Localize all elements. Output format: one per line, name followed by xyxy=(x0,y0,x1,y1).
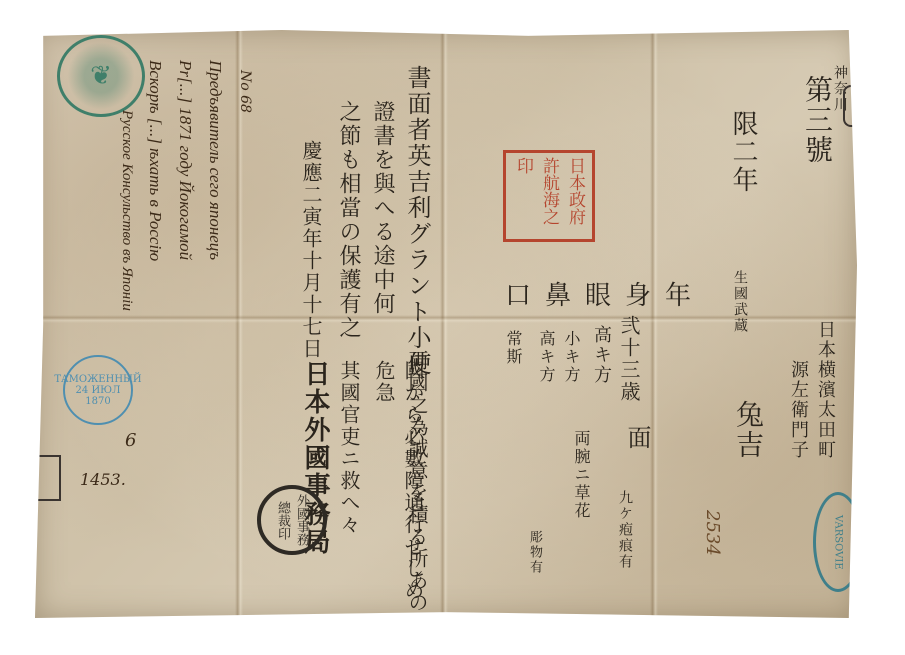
small-square-stamp xyxy=(35,455,61,501)
address: 日本横濱太田町 xyxy=(812,320,838,460)
marks-value: 九ケ疱痕有 xyxy=(615,490,635,570)
stamp-date: 24 ИЮЛ 1870 xyxy=(65,385,131,407)
seal-text: 日本政府許航海之印 xyxy=(510,157,588,241)
seal-text: 外國事務總裁印 xyxy=(273,489,311,551)
passport-text-line: 其國官吏ニ救へ々 xyxy=(335,360,364,536)
passport-text-line: 證書を與へる途中何 xyxy=(367,100,398,316)
eyes-value: 小キ方 xyxy=(560,330,583,384)
fold-line xyxy=(650,30,658,618)
foreign-affairs-round-seal: 外國事務總裁印 xyxy=(257,485,327,555)
russian-script-line: Pr[...] 1871 году Йокогамой xyxy=(175,60,195,260)
passport-document: ❦ Предъявитель сего японецъ Pr[...] 1871… xyxy=(35,30,857,618)
marks-value: 彫物有 xyxy=(525,530,544,575)
holder-name: 兔吉 xyxy=(728,400,768,460)
edge-stamp xyxy=(843,85,859,127)
validity: 限二年 xyxy=(725,110,762,194)
handwritten-number: 6 xyxy=(125,430,136,451)
relation: 源左衛門子 xyxy=(785,360,811,460)
reference-number: No 68 xyxy=(237,70,253,113)
age-value: 弐十三歳 xyxy=(615,315,644,403)
russian-script-line: Вскорѣ [...] ѣхать в Россію xyxy=(145,60,165,261)
face-value: 面 xyxy=(620,425,655,451)
height-value: 高キ方 xyxy=(588,325,614,385)
double-headed-eagle-icon: ❦ xyxy=(90,61,112,91)
blue-date-stamp: ТАМОЖЕННЫЙ 24 ИЮЛ 1870 xyxy=(63,355,133,425)
russian-script-line: Предъявитель сего японецъ xyxy=(205,60,225,260)
green-eagle-seal-icon: ❦ xyxy=(57,35,145,117)
descriptor-label-row: 口鼻眼身年 xyxy=(505,275,705,312)
passport-text-line: 書面者英吉利グラント小使 xyxy=(400,65,435,377)
passport-text-line: 國から必數障通行せしめ危急 xyxy=(370,360,428,618)
mouth-value: 常斯 xyxy=(502,330,525,366)
passport-text-line: 之節も相當の保護有之 xyxy=(333,100,364,340)
stamp-text: ТАМОЖЕННЫЙ xyxy=(54,374,141,385)
nose-value: 高キ方 xyxy=(535,330,558,384)
russian-script-line: Русское Консульство въ Японіи xyxy=(118,110,135,311)
handwritten-number: 1453. xyxy=(80,470,126,489)
passport-number: 第三號 xyxy=(797,75,837,165)
issue-date: 慶應二寅年十月十七日 xyxy=(297,140,326,360)
varsovie-stamp: VARSOVIE xyxy=(813,492,863,592)
fold-line xyxy=(440,30,448,618)
stamp-text: VARSOVIE xyxy=(833,515,844,570)
fold-line xyxy=(235,30,243,618)
handwritten-number: 2534 xyxy=(702,510,723,556)
province: 生國武蔵 xyxy=(730,270,750,334)
marks-value: 両腕ニ草花 xyxy=(570,430,593,520)
red-government-seal: 日本政府許航海之印 xyxy=(503,150,595,242)
